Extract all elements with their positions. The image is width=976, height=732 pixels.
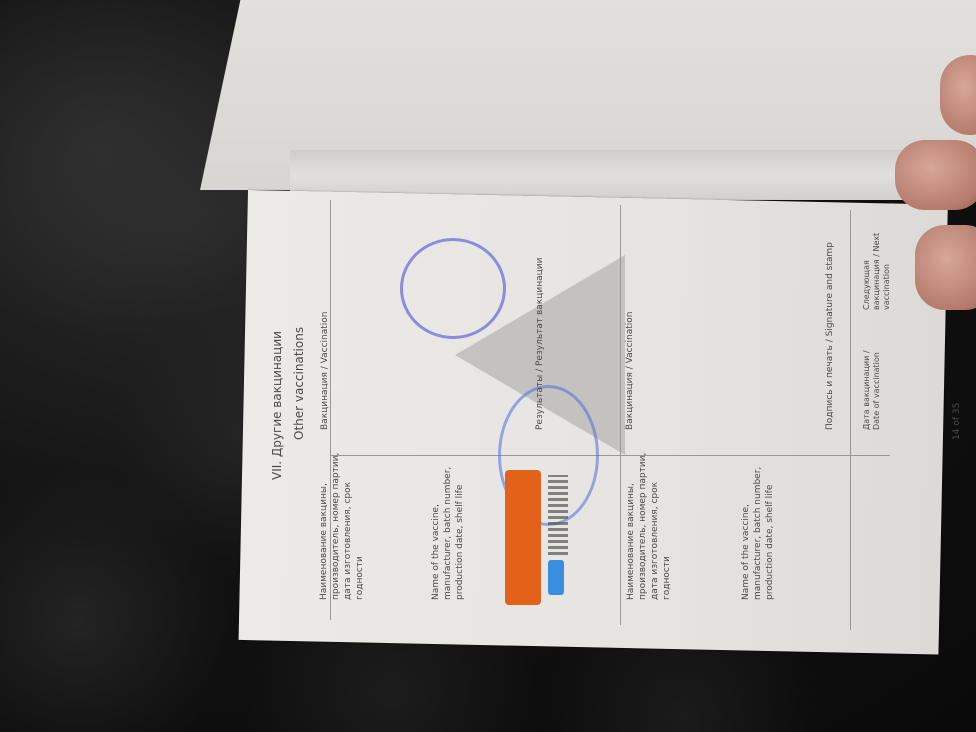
finger [940, 55, 976, 135]
finger [895, 140, 976, 210]
vaccine-name-header-en: Name of the vaccine, manufacturer, batch… [430, 440, 466, 600]
blue-stamp [400, 238, 506, 339]
sticker-barcode [548, 475, 568, 555]
column-header: Вакцинация / Vaccination [320, 312, 330, 430]
column-header: Вакцинация / Vaccination [625, 312, 635, 430]
vaccine-name-header-en: Name of the vaccine, manufacturer, batch… [740, 440, 776, 600]
column-header: Результаты / Результат вакцинации [535, 258, 545, 430]
finger [915, 225, 976, 310]
vaccine-batch-sticker [505, 470, 541, 605]
page-number: 14 of 35 [952, 403, 962, 440]
date-label: Дата вакцинации / Date of vaccination [862, 340, 882, 430]
table-divider [330, 455, 890, 456]
section-title: VII. Другие вакцинации [270, 331, 284, 480]
vaccine-name-header: Наименование вакцины, производитель, ном… [318, 440, 366, 600]
sticker-logo [548, 560, 564, 595]
vaccine-name-header: Наименование вакцины, производитель, ном… [625, 440, 673, 600]
section-subtitle: Other vaccinations [292, 327, 306, 440]
column-header: Подпись и печать / Signature and stamp [825, 242, 835, 430]
table-divider [850, 210, 851, 630]
next-date-label: Следующая вакцинация / Next vaccination [862, 220, 892, 310]
